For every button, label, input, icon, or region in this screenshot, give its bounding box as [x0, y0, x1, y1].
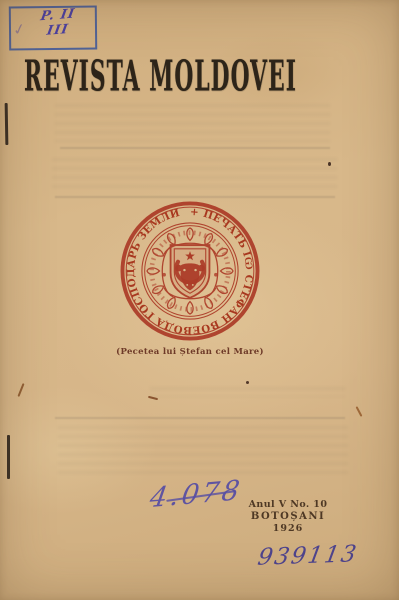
seal-graphic: + ПЕЧАТЬ ІѠ СТЕФАН ВОЕВОДА ГОСПОДАРЬ ЗЕМ…: [116, 197, 264, 345]
show-through-rule: [55, 417, 345, 419]
paper-fiber: [148, 396, 158, 400]
library-stamp-box: ✓ P. II III: [9, 6, 97, 51]
show-through-text: [58, 426, 348, 478]
page-title: REVISTA MOLDOVEI: [24, 56, 297, 98]
seal-caption: (Pecetea lui Ștefan cel Mare): [90, 347, 290, 357]
seal-of-stefan-cel-mare: + ПЕЧАТЬ ІѠ СТЕФАН ВОЕВОДА ГОСПОДАРЬ ЗЕМ…: [116, 197, 264, 345]
paper-fiber: [17, 383, 24, 397]
paper-fiber: [356, 406, 363, 417]
seal-floret: [162, 273, 166, 277]
show-through-rule: [60, 147, 330, 149]
imprint-city: BOTOȘANI: [236, 511, 340, 522]
stamp-shelfmark-line2: III: [46, 22, 70, 39]
handwritten-catalog-number: 939113: [256, 541, 360, 571]
show-through-text: [150, 387, 345, 397]
show-through-text: [55, 104, 330, 142]
seal-floret: [214, 273, 218, 277]
ink-mark: [7, 435, 10, 479]
stamp-check-mark: ✓: [11, 19, 27, 39]
handwritten-inventory-number: 4.078: [148, 475, 245, 515]
imprint-block: Anul V No. 10 BOTOȘANI 1926: [236, 499, 340, 534]
paper-speck: [328, 162, 331, 166]
ink-mark: [5, 103, 9, 145]
stamp-shelfmark-line1: P. II: [39, 7, 76, 25]
paper-speck: [246, 381, 249, 384]
imprint-year: 1926: [236, 523, 340, 534]
show-through-text: [52, 158, 337, 194]
imprint-issue: Anul V No. 10: [236, 499, 340, 510]
journal-cover-page: ✓ P. II III REVISTA MOLDOVEI: [0, 0, 399, 600]
